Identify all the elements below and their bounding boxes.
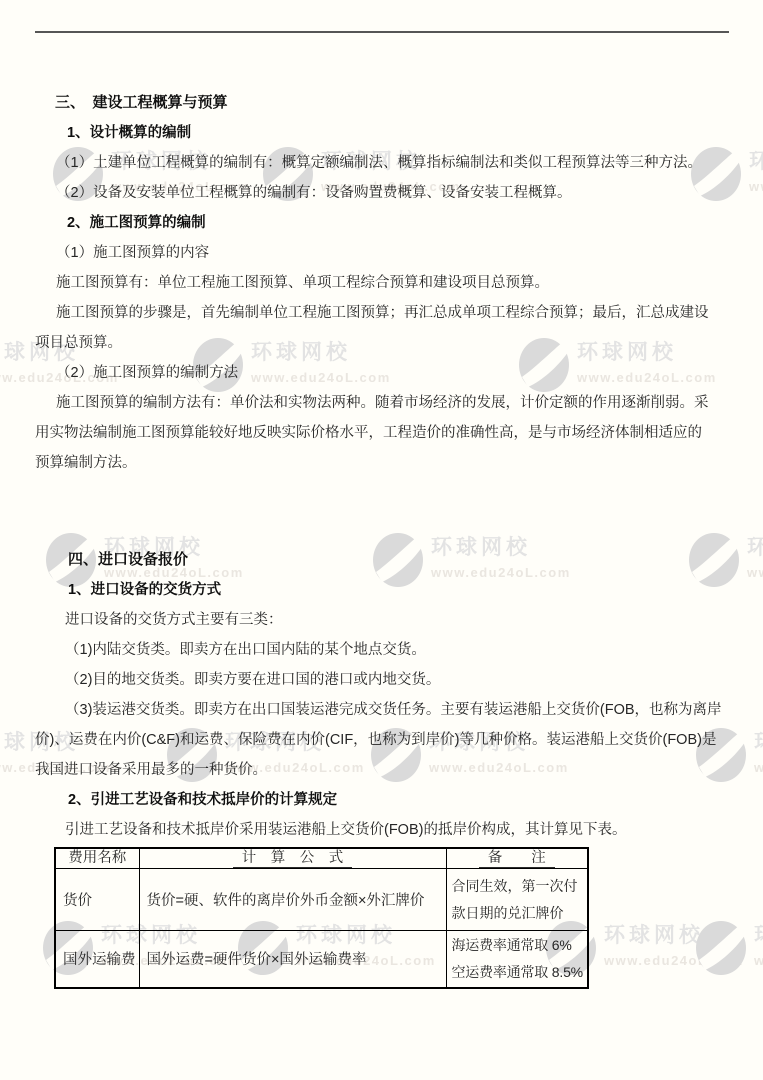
paragraph: （2)目的地交货类。即卖方要在进口国的港口或内地交货。 <box>35 665 730 695</box>
watermark-brand: 环球网校 <box>747 535 763 560</box>
paragraph: （1)内陆交货类。即卖方在出口国内陆的某个地点交货。 <box>35 635 730 665</box>
header-remark: 备 注 <box>446 848 588 869</box>
section-heading: 四、进口设备报价 <box>35 545 730 575</box>
header-rule <box>35 31 729 33</box>
paragraph: 施工图预算有：单位工程施工图预算、单项工程综合预算和建设项目总预算。 <box>35 268 715 298</box>
subsection-heading: 2、施工图预算的编制 <box>35 208 715 238</box>
document-page: 环球网校www.edu24oL.com 环球网校www.edu24oL.com … <box>0 0 763 1080</box>
watermark-url: www.edu24oL.com <box>754 760 763 775</box>
fee-name-cell: 货价 <box>55 869 139 931</box>
paragraph: 引进工艺设备和技术抵岸价采用装运港船上交货价(FOB)的抵岸价构成，其计算见下表… <box>35 815 730 845</box>
section-heading: 三、 建设工程概算与预算 <box>35 88 715 118</box>
formula-cell: 货价=硬、软件的离岸价外币金额×外汇牌价 <box>139 869 446 931</box>
section-imported-equipment: 四、进口设备报价 1、进口设备的交货方式 进口设备的交货方式主要有三类： （1)… <box>35 545 730 845</box>
section-construction-budget: 三、 建设工程概算与预算 1、设计概算的编制 （1）土建单位工程概算的编制有：概… <box>35 88 715 478</box>
paragraph: （2）施工图预算的编制方法 <box>35 358 715 388</box>
table-row: 国外运输费 国外运费=硬件货价×国外运输费率 海运费率通常取 6% 空运费率通常… <box>55 931 588 988</box>
subsection-heading: 2、引进工艺设备和技术抵岸价的计算规定 <box>35 785 730 815</box>
remark-line: 空运费率通常取 8.5% <box>452 959 588 986</box>
paragraph: （1）土建单位工程概算的编制有：概算定额编制法、概算指标编制法和类似工程预算法等… <box>35 148 715 178</box>
remark-cell: 合同生效，第一次付款日期的兑汇牌价 <box>446 869 588 931</box>
subsection-heading: 1、设计概算的编制 <box>35 118 715 148</box>
watermark-url: www.edu24oL.com <box>754 953 763 968</box>
paragraph: 施工图预算的编制方法有：单价法和实物法两种。随着市场经济的发展，计价定额的作用逐… <box>35 388 715 478</box>
header-formula: 计 算 公 式 <box>139 848 446 869</box>
paragraph: 进口设备的交货方式主要有三类： <box>35 605 730 635</box>
table-header-row: 费用名称 计 算 公 式 备 注 <box>55 848 588 869</box>
header-fee-name: 费用名称 <box>55 848 139 869</box>
watermark-url: www.edu24oL.com <box>747 565 763 580</box>
watermark-url: www.edu24oL.com <box>604 953 744 968</box>
fee-name-cell: 国外运输费 <box>55 931 139 988</box>
watermark-brand: 环球网校 <box>754 730 763 755</box>
watermark-brand: 环球网校 <box>749 149 763 174</box>
watermark-brand: 环球网校 <box>754 923 763 948</box>
remark-line: 海运费率通常取 6% <box>452 932 588 959</box>
watermark-brand: 环球网校 <box>604 923 744 948</box>
table-row: 货价 货价=硬、软件的离岸价外币金额×外汇牌价 合同生效，第一次付款日期的兑汇牌… <box>55 869 588 931</box>
subsection-heading: 1、进口设备的交货方式 <box>35 575 730 605</box>
cost-calculation-table: 费用名称 计 算 公 式 备 注 货价 货价=硬、软件的离岸价外币金额×外汇牌价… <box>54 847 589 989</box>
paragraph: 施工图预算的步骤是，首先编制单位工程施工图预算；再汇总成单项工程综合预算；最后，… <box>35 298 715 358</box>
formula-cell: 国外运费=硬件货价×国外运输费率 <box>139 931 446 988</box>
paragraph: （2）设备及安装单位工程概算的编制有：设备购置费概算、设备安装工程概算。 <box>35 178 715 208</box>
paragraph: （1）施工图预算的内容 <box>35 238 715 268</box>
watermark: 环球网校www.edu24oL.com <box>695 920 763 976</box>
globe-swoosh-logo-icon <box>695 920 747 976</box>
watermark-url: www.edu24oL.com <box>749 179 763 194</box>
paragraph: （3)装运港交货类。即卖方在出口国装运港完成交货任务。主要有装运港船上交货价(F… <box>35 695 730 785</box>
remark-cell: 海运费率通常取 6% 空运费率通常取 8.5% <box>446 931 588 988</box>
